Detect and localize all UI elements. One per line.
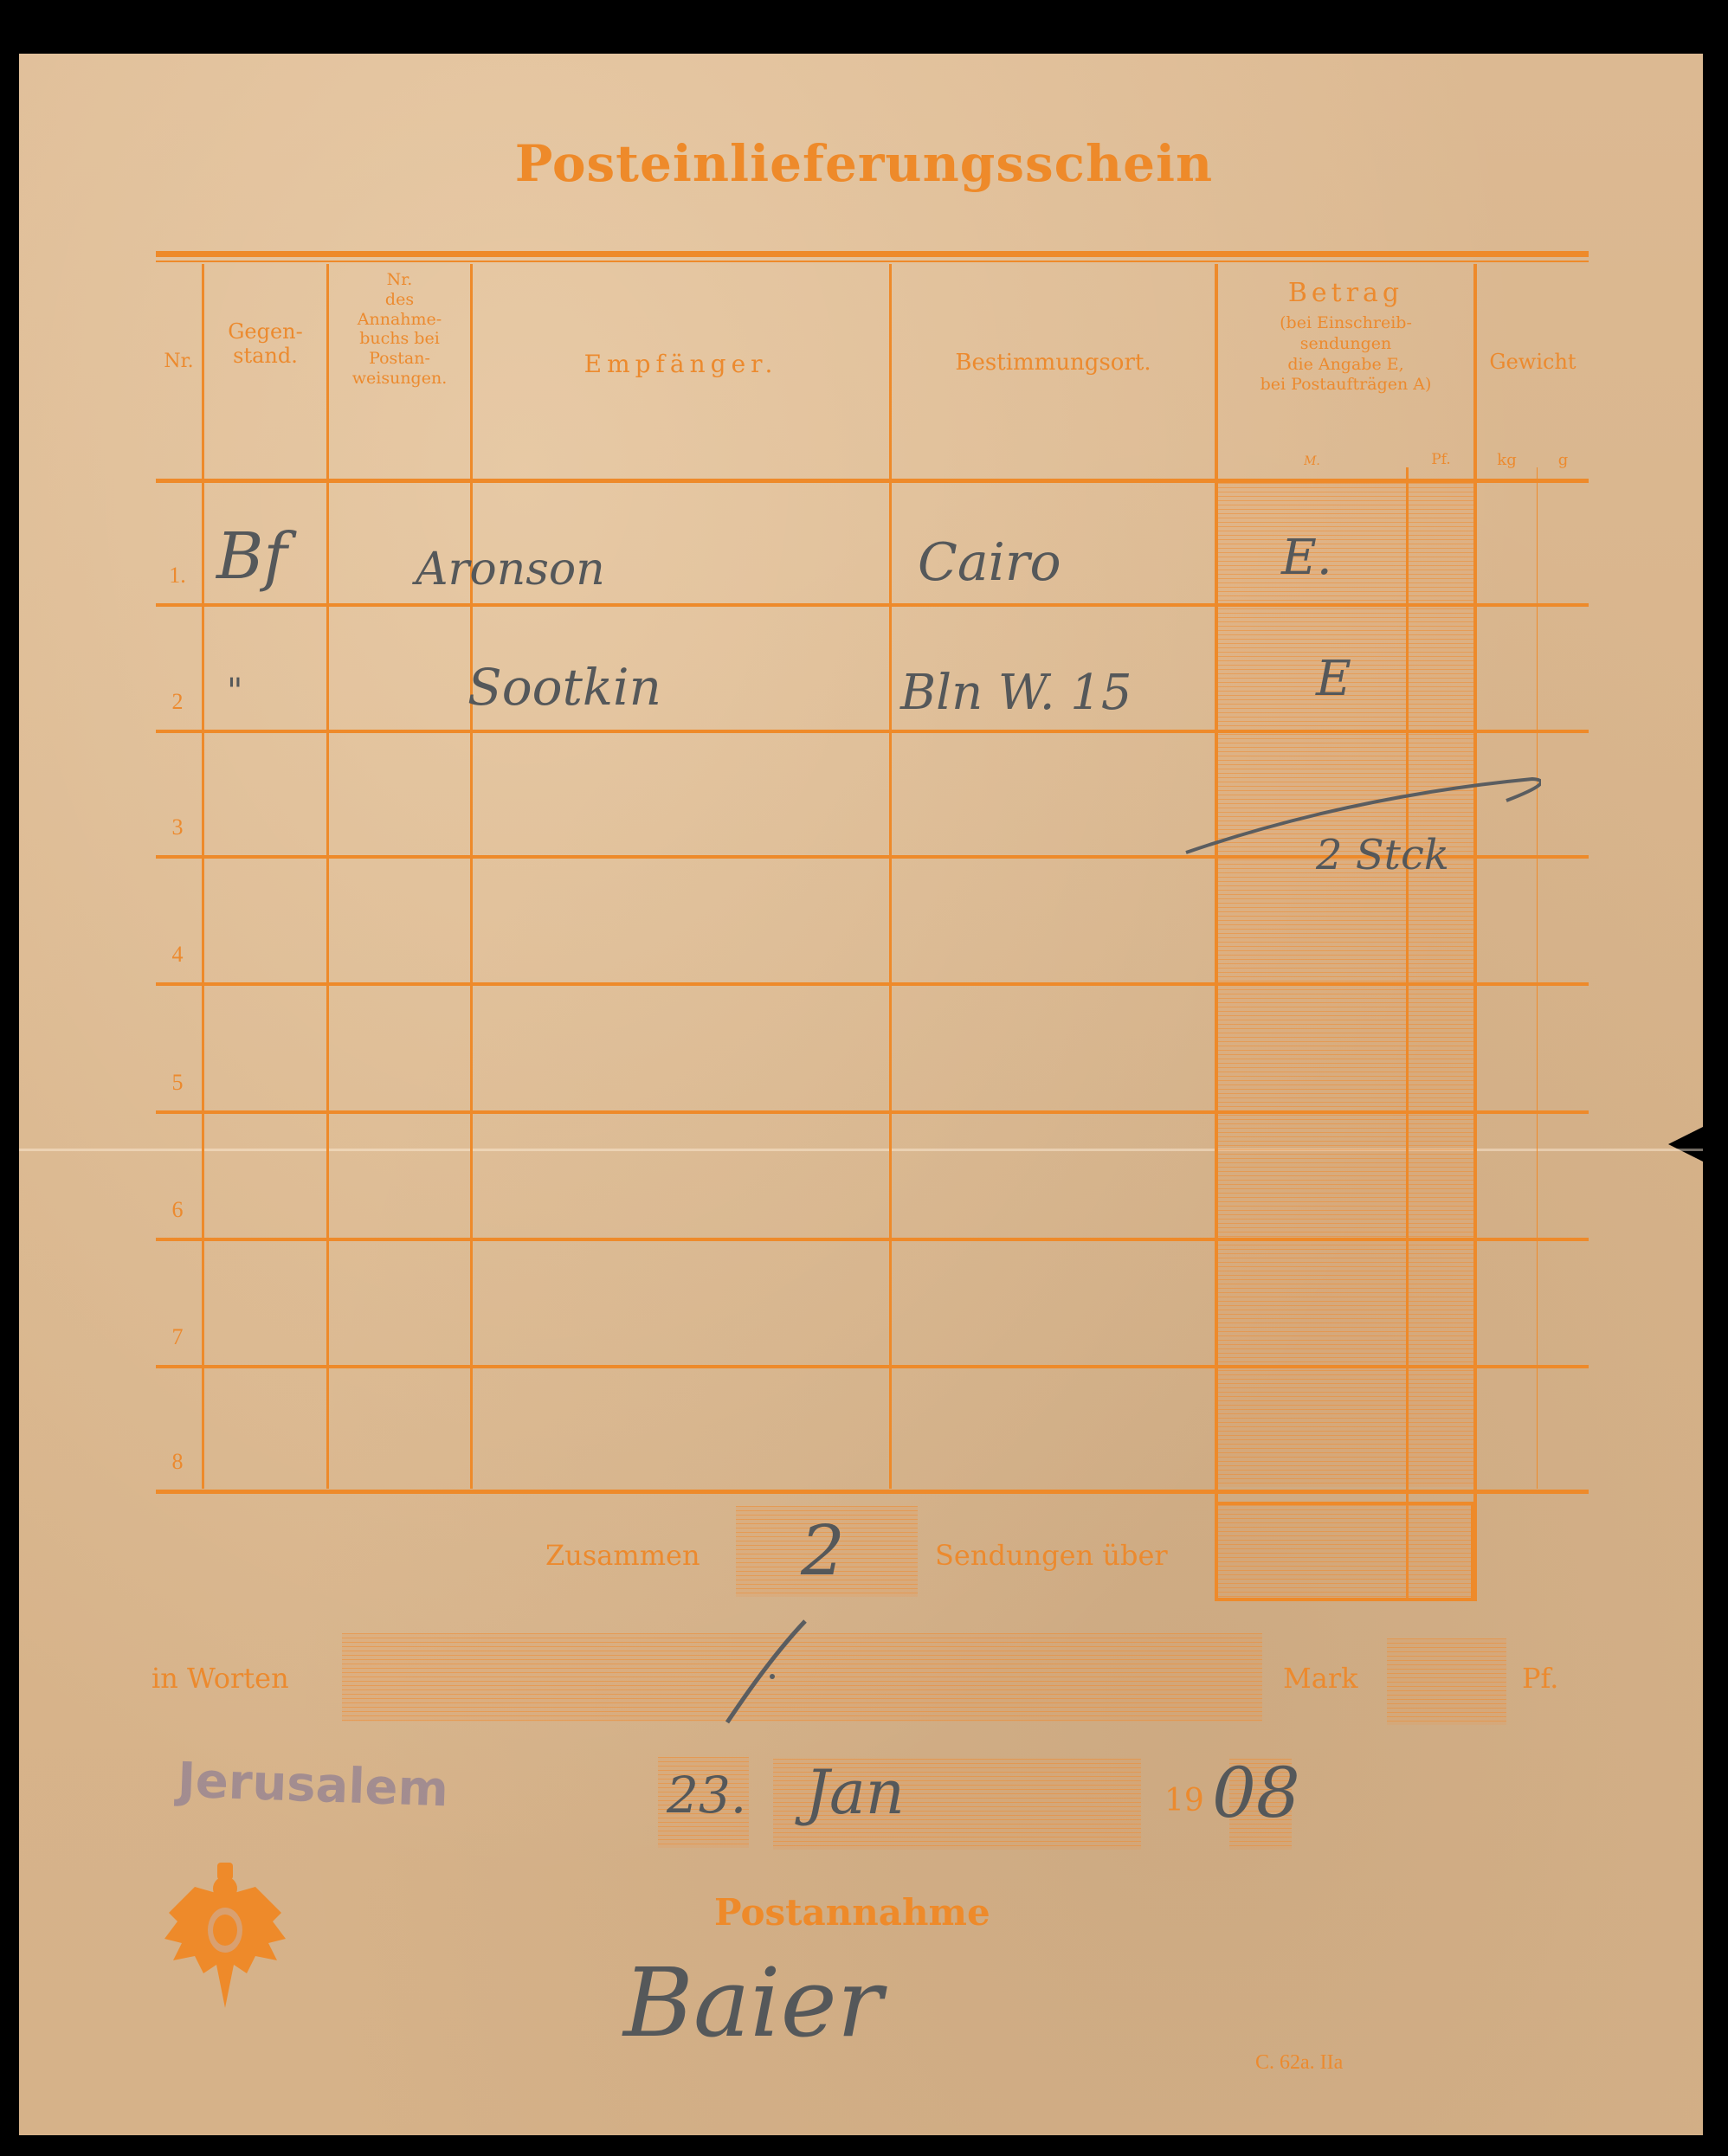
table-bottom-rule xyxy=(156,1490,1589,1494)
row-2-gegenstand: " xyxy=(227,672,242,711)
signature: Baier xyxy=(623,1947,882,2058)
header-betrag: Betrag xyxy=(1218,279,1473,309)
imperial-eagle-icon xyxy=(160,1861,290,2012)
in-worten-label: in Worten xyxy=(152,1662,289,1695)
header-annahmebuch: Nr. des Annahme- buchs bei Postan- weisu… xyxy=(329,270,470,389)
in-worten-stroke-icon xyxy=(719,1614,814,1727)
row-number: 1. xyxy=(160,563,195,589)
header-gegenstand: Gegen- stand. xyxy=(204,320,326,368)
row-rule-2 xyxy=(156,730,1589,733)
row-number: 2 xyxy=(160,689,195,715)
row-2-bestimmungsort: Bln W. 15 xyxy=(900,665,1132,721)
col-divider-annahmebuch xyxy=(470,264,473,1489)
row-number: 7 xyxy=(160,1324,195,1350)
zusammen-label: Zusammen xyxy=(545,1539,700,1572)
row-number: 4 xyxy=(160,942,195,968)
header-betrag-mark: M. xyxy=(1218,454,1406,468)
header-empfaenger: Empfänger. xyxy=(473,351,889,378)
row-number: 8 xyxy=(160,1449,195,1475)
col-divider-kg-g xyxy=(1537,467,1538,1489)
row-number: 3 xyxy=(160,814,195,840)
row-1-bestimmungsort: Cairo xyxy=(918,532,1061,593)
total-betrag-field[interactable] xyxy=(1215,1502,1474,1601)
paper-tear xyxy=(1668,1127,1703,1162)
year-prefix: 19 xyxy=(1164,1783,1204,1818)
header-bestimmungsort: Bestimmungsort. xyxy=(892,351,1215,376)
closing-note: 2 Stck xyxy=(1316,831,1449,879)
row-rule-7 xyxy=(156,1365,1589,1368)
row-rule-1 xyxy=(156,603,1589,607)
row-1-betrag: E. xyxy=(1281,530,1332,586)
col-divider-empfaenger xyxy=(889,264,892,1489)
pf-label: Pf. xyxy=(1522,1662,1558,1695)
row-2-empfaenger: Sootkin xyxy=(467,658,661,717)
table-top-rule xyxy=(156,251,1589,257)
mark-field[interactable] xyxy=(1387,1638,1506,1725)
document-title: Posteinlieferungsschein xyxy=(0,134,1728,193)
table-top-rule-thin xyxy=(156,261,1589,262)
sendungen-label: Sendungen über xyxy=(935,1539,1168,1572)
row-number: 5 xyxy=(160,1070,195,1096)
row-1-empfaenger: Aronson xyxy=(416,544,605,595)
row-1-gegenstand: Bf xyxy=(216,519,287,594)
header-gewicht-kg: kg xyxy=(1477,452,1537,470)
row-rule-4 xyxy=(156,982,1589,986)
row-number: 6 xyxy=(160,1197,195,1223)
header-gewicht: Gewicht xyxy=(1477,351,1589,375)
postannahme-label: Postannahme xyxy=(714,1891,990,1934)
mark-label: Mark xyxy=(1283,1662,1358,1695)
col-divider-nr xyxy=(202,264,204,1489)
header-nr: Nr. xyxy=(156,351,202,372)
form-code: C. 62a. IIa xyxy=(1255,2051,1343,2075)
header-betrag-note: (bei Einschreib- sendungen die Angabe E,… xyxy=(1218,313,1473,396)
header-gewicht-g: g xyxy=(1538,452,1589,470)
place-stamp: Jerusalem xyxy=(177,1753,449,1818)
row-rule-6 xyxy=(156,1238,1589,1241)
date-month: Jan xyxy=(805,1757,905,1828)
zusammen-value: 2 xyxy=(801,1510,845,1591)
col-divider-gegenstand xyxy=(326,264,329,1489)
date-day: 23. xyxy=(667,1766,746,1825)
header-betrag-pf: Pf. xyxy=(1409,452,1473,469)
row-2-betrag: E xyxy=(1316,651,1351,707)
row-rule-5 xyxy=(156,1110,1589,1114)
date-year: 08 xyxy=(1212,1753,1300,1833)
